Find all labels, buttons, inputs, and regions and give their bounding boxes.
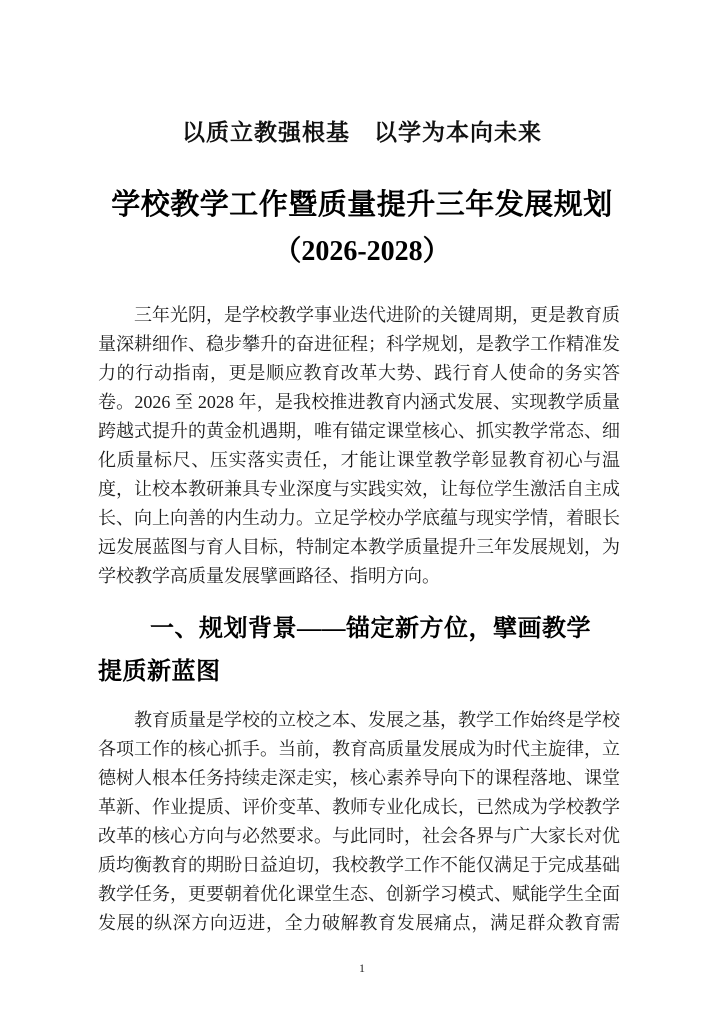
text-line: 度，让校本教研兼具专业深度与实践实效，让每位学生激活自主成 — [98, 475, 620, 504]
text-line: 教学任务，更要朝着优化课堂生态、创新学习模式、赋能学生全面 — [98, 880, 620, 909]
section-1-heading: 一、规划背景——锚定新方位，擘画教学 提质新蓝图 — [98, 608, 620, 694]
text-line: 德树人根本任务持续走深走实，核心素养导向下的课程落地、课堂 — [98, 764, 620, 793]
text-line: 力的行动指南，更是顺应教育改革大势、践行育人使命的务实答 — [98, 359, 620, 388]
doc-title-year-range: （2026-2028） — [0, 234, 724, 270]
heading-line: 提质新蓝图 — [98, 651, 620, 694]
text-line: 质均衡教育的期盼日益迫切，我校教学工作不能仅满足于完成基础 — [98, 851, 620, 880]
text-line: 长、向上向善的内生动力。立足学校办学底蕴与现实学情，着眼长 — [98, 504, 620, 533]
document-page: 以质立教强根基 以学为本向未来 学校教学工作暨质量提升三年发展规划 （2026-… — [0, 0, 724, 1024]
background-paragraph: 教育质量是学校的立校之本、发展之基，教学工作始终是学校 各项工作的核心抓手。当前… — [98, 706, 620, 938]
text-line: 量深耕细作、稳步攀升的奋进征程；科学规划，是教学工作精准发 — [98, 330, 620, 359]
intro-paragraph: 三年光阴，是学校教学事业迭代进阶的关键周期，更是教育质 量深耕细作、稳步攀升的奋… — [98, 301, 620, 591]
doc-title: 学校教学工作暨质量提升三年发展规划 — [0, 186, 724, 224]
text-line: 学校教学高质量发展擘画路径、指明方向。 — [98, 562, 620, 591]
text-line: 各项工作的核心抓手。当前，教育高质量发展成为时代主旋律，立 — [98, 735, 620, 764]
text-line: 卷。2026 至 2028 年，是我校推进教育内涵式发展、实现教学质量 — [98, 388, 620, 417]
text-line: 跨越式提升的黄金机遇期，唯有锚定课堂核心、抓实教学常态、细 — [98, 417, 620, 446]
text-line: 远发展蓝图与育人目标，特制定本教学质量提升三年发展规划，为 — [98, 533, 620, 562]
text-line: 发展的纵深方向迈进，全力破解教育发展痛点，满足群众教育需 — [98, 909, 620, 938]
text-line: 化质量标尺、压实落实责任，才能让课堂教学彰显教育初心与温 — [98, 446, 620, 475]
text-line: 革新、作业提质、评价变革、教师专业化成长，已然成为学校教学 — [98, 793, 620, 822]
heading-line: 一、规划背景——锚定新方位，擘画教学 — [98, 608, 620, 651]
doc-motto: 以质立教强根基 以学为本向未来 — [0, 119, 724, 147]
text-line: 教育质量是学校的立校之本、发展之基，教学工作始终是学校 — [98, 706, 620, 735]
page-number: 1 — [0, 960, 724, 976]
text-line: 改革的核心方向与必然要求。与此同时，社会各界与广大家长对优 — [98, 822, 620, 851]
text-line: 三年光阴，是学校教学事业迭代进阶的关键周期，更是教育质 — [98, 301, 620, 330]
